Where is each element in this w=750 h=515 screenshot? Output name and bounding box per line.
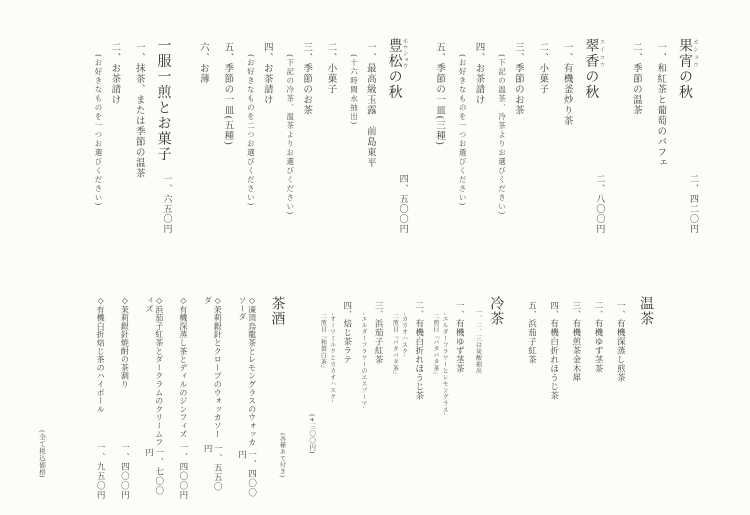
item-price: 一、四〇〇円 [236,450,256,500]
tea-item-note: -エルダーフラワーのエスプーマ- [360,296,367,508]
tea-cocktail-item: ◇凍頂烏龍茶とレモングラスのウォッカソーダ 一、四〇〇円 [236,296,256,508]
tea-item: 四、焙じ茶ラテ [342,296,352,508]
tea-cocktail-item: ◇有機深蒸し茶とディルのジンフィズ 一、四〇〇円 [178,296,188,508]
course-title-kanji: 翠香スイコウ [583,38,599,69]
course-title: 豊松ホウショウの秋 [386,38,408,100]
course-title: 翠香スイコウの秋 [583,38,605,100]
menu-page: 果宵カショウの秋 二、四二〇円 一、和紅茶と葡萄のパフェ 二、季節の温茶 翠香ス… [0,0,750,515]
course-title-kanji: 豊松ホウショウ [387,38,403,69]
course-title-column: 豊松ホウショウの秋 四、五〇〇円 [386,38,408,254]
item-name: ◇浜茄子紅茶とダークラムのクリームフィズ [143,296,163,448]
cold-tea-title: 冷茶 [487,296,504,508]
cold-tea-extraction-note: 一、二、三は炭酸抽出 [474,296,481,508]
item-price: 一、九五〇円 [95,443,105,500]
course-title-base: 豊松 [387,38,403,69]
menu-item: 一、最高級玉露 前島東平 [364,38,375,254]
course-title-column: 果宵カショウの秋 二、四二〇円 [676,38,698,254]
tea-cocktail-item: ◇茉莉銀針焼酎の茶割り 一、四〇〇円 [119,296,129,508]
surcharge-note: (+三〇〇円) [307,296,315,508]
tea-item: 一、有機ゆず茎茶 [454,296,464,508]
course-section-houshou: 豊松ホウショウの秋 四、五〇〇円 一、最高級玉露 前島東平 (十六時間水抽出) … [198,38,408,254]
hot-tea-section: 温茶 一、有機深蒸し煎茶 二、有機ゆず茎茶 三、有機煎茶金木犀 四、有機白折れほ… [526,296,654,508]
menu-item-note: (お好きなものを一つお選びください) [94,38,103,254]
tea-item-note: -カカオハスク- [400,296,407,508]
item-name: ◇有機白折焙じ茶のハイボール [95,296,105,413]
furigana: カショウ [692,38,698,69]
tea-item-note: 二煎目『バタバタ茶』 [432,296,439,508]
menu-item: 四、お茶請け [473,38,484,254]
menu-item-note: (十六時間水抽出) [349,38,358,254]
tea-item: 四、有機白折れほうじ茶 [548,296,558,508]
tea-cocktail-item: ◇有機白折焙じ茶のハイボール 一、九五〇円 [95,296,105,508]
menu-item: 一、和紅茶と葡萄のパフェ [655,38,666,254]
item-price: 一、四〇〇円 [178,443,188,500]
tea-cocktail-note: (各種あて付き) [269,433,286,478]
tea-band: 温茶 一、有機深蒸し煎茶 二、有機ゆず茎茶 三、有機煎茶金木犀 四、有機白折れほ… [73,296,654,508]
hot-tea-title: 温茶 [637,296,654,508]
course-section-kashou: 果宵カショウの秋 二、四二〇円 一、和紅茶と葡萄のパフェ 二、季節の温茶 [630,38,698,254]
item-name: ◇茉莉銀針とクローブのウォッカソーダ [202,296,222,444]
cold-tea-section: 冷茶 一、二、三は炭酸抽出 一、有機ゆず茎茶 -エルダーフラワーとレモングラス-… [307,296,504,508]
course-title-column: 翠香スイコウの秋 二、八〇〇円 [583,38,605,254]
course-title: 一服一煎とお菓子 [155,38,172,162]
tea-cocktail-item: ◇浜茄子紅茶とダークラムのクリームフィズ 一、七〇〇円 [143,296,163,508]
menu-item: 二、小菓子 [537,38,548,254]
tax-note: (全て税込価格) [38,430,47,478]
furigana: スイコウ [598,38,604,69]
menu-item: 三、季節のお茶 [512,38,523,254]
course-title-rest: 一服一煎とお菓子 [156,38,172,162]
tea-item: 五、浜茄子紅茶 [526,296,536,508]
tea-cocktail-section: 茶酒 (各種あて付き) ◇凍頂烏龍茶とレモングラスのウォッカソーダ 一、四〇〇円… [95,296,285,508]
item-price: 一、五五〇円 [202,444,222,500]
menu-item: 二、小菓子 [325,38,336,254]
course-price: 四、五〇〇円 [386,174,408,234]
course-title-base: 果宵 [677,38,693,69]
course-title-rest: の秋 [583,69,599,100]
course-title: 果宵カショウの秋 [676,38,698,100]
course-title-rest: の秋 [677,69,693,100]
menu-item: 二、お茶請け [109,38,120,254]
menu-item: 六、お薄 [198,38,209,254]
tea-item: 一、有機深蒸し煎茶 [615,296,625,508]
item-price: 一、七〇〇円 [143,448,163,500]
tea-item: 二、有機白折れほうじ茶 [414,296,424,508]
tea-item: 三、浜茄子紅茶 [373,296,383,508]
menu-item-note: (お好きなものを二つお選びください) [246,38,255,254]
course-title-rest: の秋 [387,69,403,100]
course-price: 二、八〇〇円 [583,174,605,234]
menu-item: 三、季節のお茶 [301,38,312,254]
menu-item: 五、季節の一皿(三種) [434,38,445,254]
course-price: 一、六五〇円 [155,174,172,234]
furigana: ホウショウ [402,38,408,69]
course-section-suikou: 翠香スイコウの秋 二、八〇〇円 一、有機釜炒り茶 二、小菓子 三、季節のお茶 (… [434,38,605,254]
tea-item-note: 二煎目『和製白茶』 [319,296,326,508]
item-name: ◇茉莉銀針焼酎の茶割り [119,296,129,388]
item-name: ◇有機深蒸し茶とディルのジンフィズ [178,296,188,438]
menu-item: 一、抹茶、または季節の温茶 [133,38,144,254]
course-price: 二、四二〇円 [676,174,698,234]
menu-item-note: (下記の冷茶、温茶よりお選びください) [286,38,295,254]
course-title-column: 一服一煎とお菓子 一、六五〇円 [155,38,172,254]
tea-item: 二、有機ゆず茎茶 [593,296,603,508]
tea-cocktail-title: 茶酒 [269,296,286,326]
course-title-kanji: 果宵カショウ [677,38,693,69]
menu-item: 四、お茶請け [261,38,272,254]
course-section-ippuku-issen: 一服一煎とお菓子 一、六五〇円 一、抹茶、または季節の温茶 二、お茶請け (お好… [94,38,172,254]
menu-item: 一、有機釜炒り茶 [561,38,572,254]
tea-item-note: 二煎目『バタバタ茶』 [391,296,398,508]
menu-item: 五、季節の一皿(五種) [222,38,233,254]
item-price: 一、四〇〇円 [119,443,129,500]
menu-item-note: (お好きなものを一つお選びください) [458,38,467,254]
tea-item-note: -エルダーフラワーとレモングラス- [441,296,448,508]
item-name: ◇凍頂烏龍茶とレモングラスのウォッカソーダ [236,296,256,450]
courses-band: 果宵カショウの秋 二、四二〇円 一、和紅茶と葡萄のパフェ 二、季節の温茶 翠香ス… [68,38,698,254]
tea-cocktail-item: ◇茉莉銀針とクローブのウォッカソーダ 一、五五〇円 [202,296,222,508]
menu-item: 二、季節の温茶 [630,38,641,254]
tea-cocktail-title-column: 茶酒 (各種あて付き) [269,296,286,508]
tea-item-note: -オーツミルクとカカオハスク- [328,296,335,508]
menu-item-note: (下記の温茶、冷茶よりお選びください) [497,38,506,254]
tea-item: 三、有機煎茶金木犀 [571,296,581,508]
